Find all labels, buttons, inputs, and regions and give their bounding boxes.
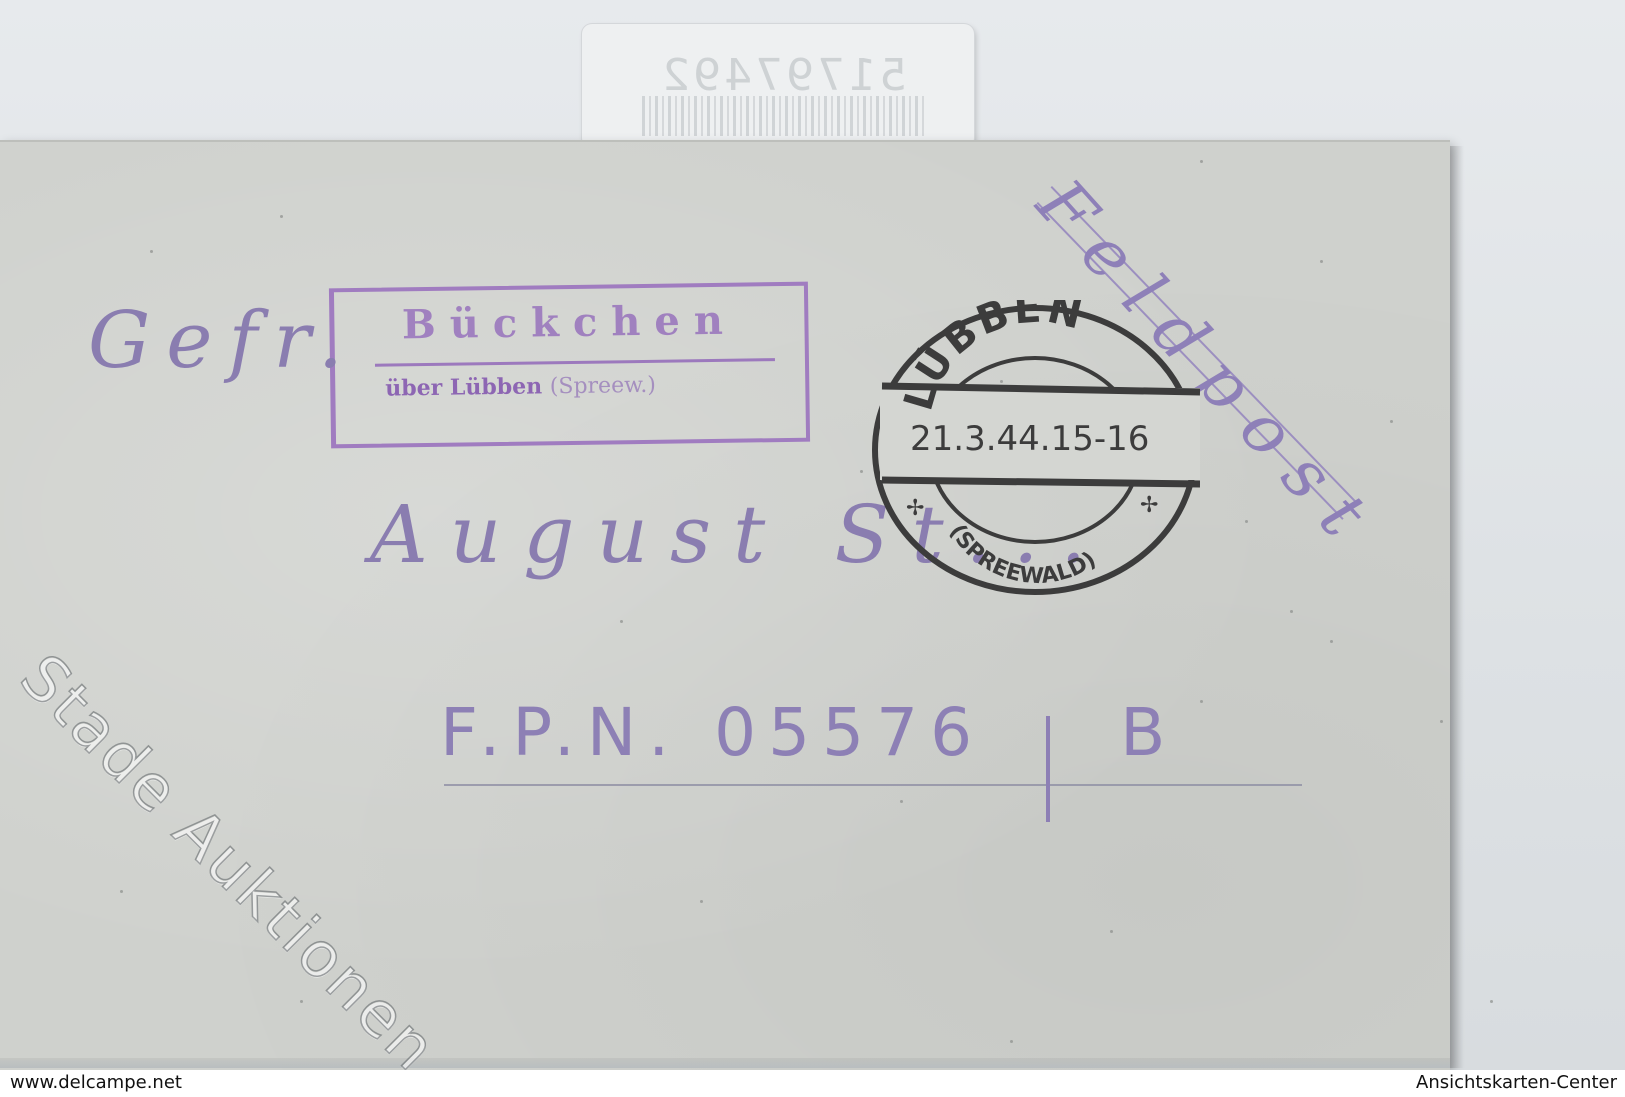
handwritten-rank: Gefr. (88, 296, 359, 386)
stamp-via-line: über Lübben (Spreew.) (385, 372, 656, 402)
envelope-bottom-edge (0, 1058, 1450, 1068)
footer-site-link[interactable]: www.delcampe.net (10, 1072, 182, 1093)
barcode-icon (642, 96, 928, 136)
sticker-inventory-number: 51797492 (638, 50, 928, 101)
sender-box-stamp: Bückchen über Lübben (Spreew.) (329, 282, 810, 449)
stamp-region-text: (Spreew.) (550, 373, 656, 399)
footer-seller-name[interactable]: Ansichtskarten-Center (1416, 1072, 1617, 1093)
fpn-unit-suffix: B (1120, 694, 1177, 771)
address-underline (444, 784, 1302, 786)
stamp-via-text: über Lübben (385, 373, 542, 401)
envelope-shadow (1450, 146, 1464, 1068)
footer-bar: www.delcampe.net Ansichtskarten-Center (0, 1070, 1625, 1097)
inventory-sticker: 51797492 (582, 24, 974, 148)
address-divider-stroke (1046, 716, 1050, 822)
stamp-divider (375, 358, 775, 367)
envelope (0, 140, 1450, 1070)
lubben-postmark: LÜBBEN 21.3.44.15-16 (SPREEWALD) ✢ ✢ (870, 300, 1200, 600)
fpn-text: F.P.N. 05576 (440, 694, 984, 771)
svg-text:✢: ✢ (1140, 493, 1158, 518)
stamp-place-name: Bückchen (334, 296, 805, 350)
svg-text:✢: ✢ (906, 496, 924, 521)
field-post-number: F.P.N. 05576 B (440, 694, 1177, 771)
svg-text:21.3.44.15-16: 21.3.44.15-16 (910, 419, 1149, 459)
